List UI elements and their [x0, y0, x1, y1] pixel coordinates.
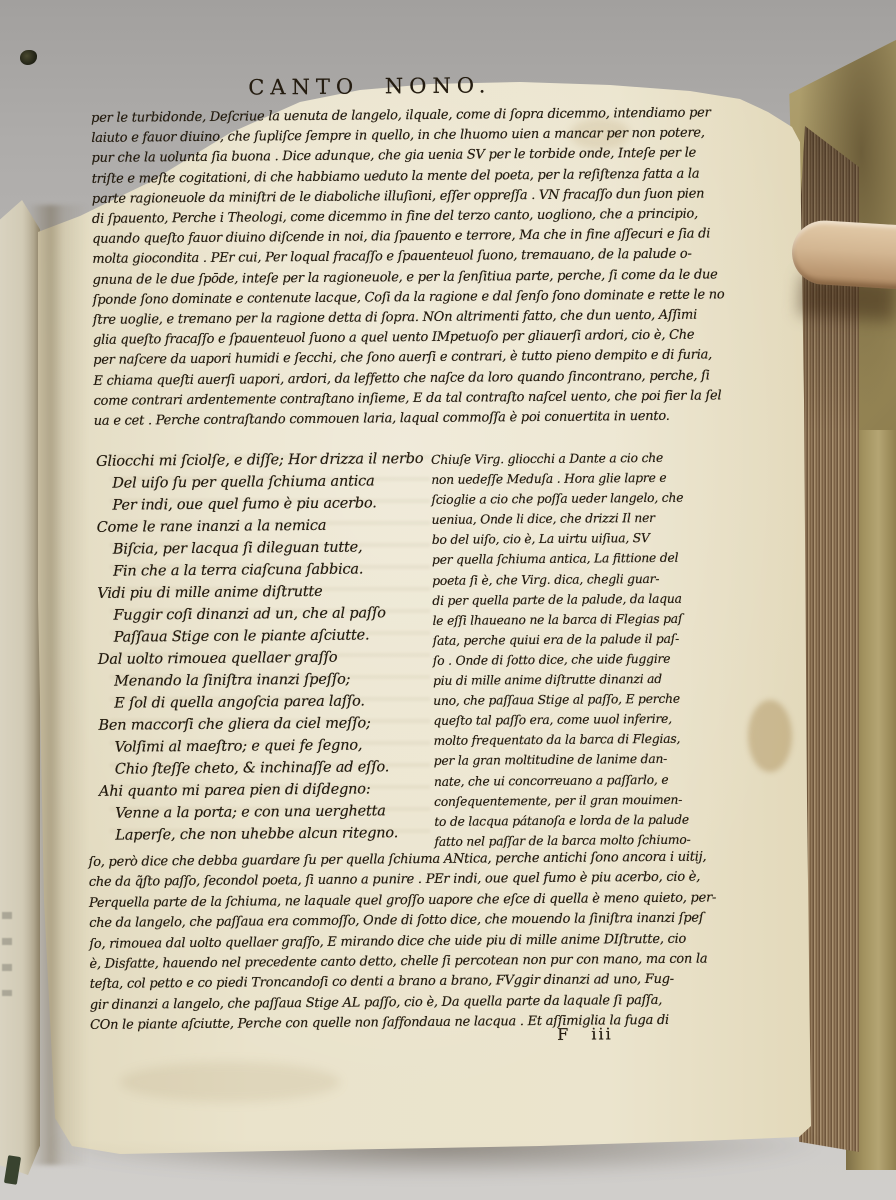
text-line: poeta ſi è, che Virg. dica, chegli guar- — [432, 568, 696, 590]
text-line: Menando la ſiniſtra inanzi ſpeſſo; — [114, 668, 436, 693]
text-line: Laperſe, che non uhebbe alcun ritegno. — [115, 822, 437, 847]
text-line: ſo . Onde di ſotto dice, che uide fuggir… — [433, 649, 697, 671]
text-line: ua e cet . Perche contraſtando commouen … — [94, 407, 698, 432]
text-line: per la gran moltitudine de lanime dan- — [434, 749, 698, 771]
page-title: CANTO NONO. — [244, 73, 496, 99]
text-line: conſequentemente, per il gran mouimen- — [434, 789, 698, 811]
text-line: le eſſi lhaueano ne la barca di Flegias … — [432, 608, 696, 630]
signature-mark: F iii — [557, 1024, 613, 1043]
text-line: nate, che ui concorreuano a paſſarlo, e — [434, 769, 698, 791]
text-line: Fin che a la terra ciaſcuna ſabbica. — [113, 558, 435, 583]
text-line: Dal uolto rimouea quellaer graſſo — [98, 646, 436, 671]
text-line: Per indi, oue quel fumo è piu acerbo. — [112, 492, 434, 517]
text-line: Ben maccorſi che gliera da ciel meſſo; — [98, 712, 436, 737]
text-line: Del uiſo ſu per quella ſchiuma antica — [112, 470, 434, 495]
text-line: uno, che paſſaua Stige al paſſo, E perch… — [433, 689, 697, 711]
text-line: Gliocchi mi ſciolſe, e diſſe; Hor drizza… — [96, 448, 434, 473]
text-line: per quella ſchiuma antica, La fittione d… — [432, 548, 696, 570]
text-line: Paſſaua Stige con le piante aſciutte. — [114, 624, 436, 649]
text-line: non uedeſſe Meduſa . Hora glie lapre e — [431, 468, 695, 490]
text-line: to de lacqua pátanoſa e lorda de la palu… — [434, 809, 698, 831]
text-line: molto frequentato da la barca di Flegias… — [433, 729, 697, 751]
verse-column: Gliocchi mi ſciolſe, e diſſe; Hor drizza… — [96, 448, 437, 847]
text-line: Come le rane inanzi a la nemica — [97, 514, 435, 539]
text-line: Chio ſteſſe cheto, & inchinaſſe ad eſſo. — [115, 756, 437, 781]
right-commentary-column: Chiuſe Virg. gliocchi a Dante a cio chen… — [431, 448, 698, 852]
text-line: di per quella parte de la palude, da laq… — [432, 588, 696, 610]
text-line: ſata, perche quiui era de la palude il p… — [433, 628, 697, 650]
text-line: piu di mille anime diſtrutte dinanzi ad — [433, 669, 697, 691]
printed-text-area: CANTO NONO. per le turbidonde, Deſcriue … — [0, 0, 896, 1200]
photo-background: CANTO NONO. per le turbidonde, Deſcriue … — [0, 0, 896, 1200]
text-line: ſcioglie a cio che poſſa ueder langelo, … — [431, 488, 695, 510]
text-line: ueniua, Onde li dice, che drizzi Il ner — [432, 508, 696, 530]
text-line: Fuggir coſi dinanzi ad un, che al paſſo — [113, 602, 435, 627]
top-commentary-block: per le turbidonde, Deſcriue la uenuta de… — [91, 104, 698, 433]
text-line: Venne a la porta; e con una uerghetta — [115, 800, 437, 825]
text-line: Biſcia, per lacqua ſi dileguan tutte, — [113, 536, 435, 561]
text-line: Chiuſe Virg. gliocchi a Dante a cio che — [431, 448, 695, 470]
text-line: Ahi quanto mi parea pien di diſdegno: — [99, 778, 437, 803]
text-line: Volſimi al maeſtro; e quei fe ſegno, — [115, 734, 437, 759]
text-line: E ſol di quella angoſcia parea laſſo. — [114, 690, 436, 715]
text-line: queſto tal paſſo era, come uuol inferire… — [433, 709, 697, 731]
wooden-page-holder — [790, 219, 896, 290]
text-line: Vidi piu di mille anime diſtrutte — [97, 580, 435, 605]
bottom-commentary-block: ſo, però dice che debba guardare ſu per … — [89, 848, 703, 1037]
text-line: bo del uiſo, cio è, La uirtu uiſiua, SV — [432, 528, 696, 550]
